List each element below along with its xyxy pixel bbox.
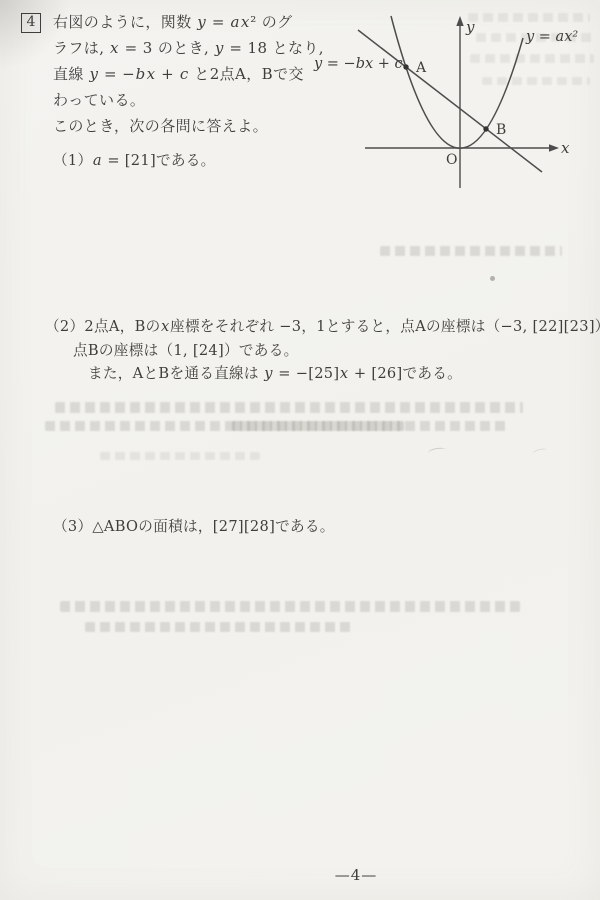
question-2-line-2: 点Bの座標は（1, [24]）である。 (73, 339, 298, 360)
point-b-label: B (496, 122, 506, 138)
question-2-line-1: （2）2点A，Bのx座標をそれぞれ −3，1とすると，点Aの座標は（−3, [2… (45, 315, 600, 336)
bleedthrough-text (55, 402, 523, 413)
y-axis-arrow-icon (456, 16, 463, 26)
graph-canvas: y x O A B y = ax² y = −bx + c (310, 5, 590, 190)
statement-line-2: ラフは, x = 3 のとき, y = 18 となり, (53, 35, 313, 61)
point-a-label: A (415, 60, 427, 76)
ink-speck (490, 276, 495, 281)
bleedthrough-text (380, 246, 562, 256)
question-1: （1）a = [21]である。 (53, 149, 216, 170)
problem-number-box: 4 (21, 13, 41, 33)
bleedthrough-text (100, 452, 260, 460)
bleedthrough-text (85, 622, 355, 632)
figure-graph: y x O A B y = ax² y = −bx + c (310, 5, 590, 190)
question-2-line-3: また，AとBを通る直線は y = −[25]x + [26]である。 (88, 362, 462, 383)
point-b-dot (483, 126, 488, 131)
point-a-dot (403, 64, 408, 69)
bleedthrough-text (60, 601, 520, 612)
statement-line-4: わっている。 (53, 87, 313, 113)
statement-line-5: このとき，次の各問に答えよ。 (53, 113, 313, 139)
scanned-exam-page: 4 右図のように，関数 y = ax² のグ ラフは, x = 3 のとき, y… (0, 0, 600, 900)
origin-label: O (446, 152, 457, 168)
statement-line-3: 直線 y = −bx + c と2点A，Bで交 (53, 61, 313, 87)
y-axis-label: y (465, 18, 475, 36)
pencil-squiggle (428, 446, 447, 456)
x-axis-arrow-icon (549, 144, 559, 151)
line-curve (358, 30, 542, 172)
bleedthrough-text (232, 421, 404, 431)
x-axis-label: x (561, 139, 570, 157)
page-number: —4— (326, 866, 386, 884)
parabola-equation-label: y = ax² (525, 29, 578, 45)
statement-line-1: 右図のように，関数 y = ax² のグ (53, 9, 313, 35)
pencil-squiggle (532, 447, 547, 456)
question-3: （3）△ABOの面積は，[27][28]である。 (53, 515, 335, 536)
problem-statement: 右図のように，関数 y = ax² のグ ラフは, x = 3 のとき, y =… (53, 9, 313, 139)
line-equation-label: y = −bx + c (313, 56, 403, 72)
